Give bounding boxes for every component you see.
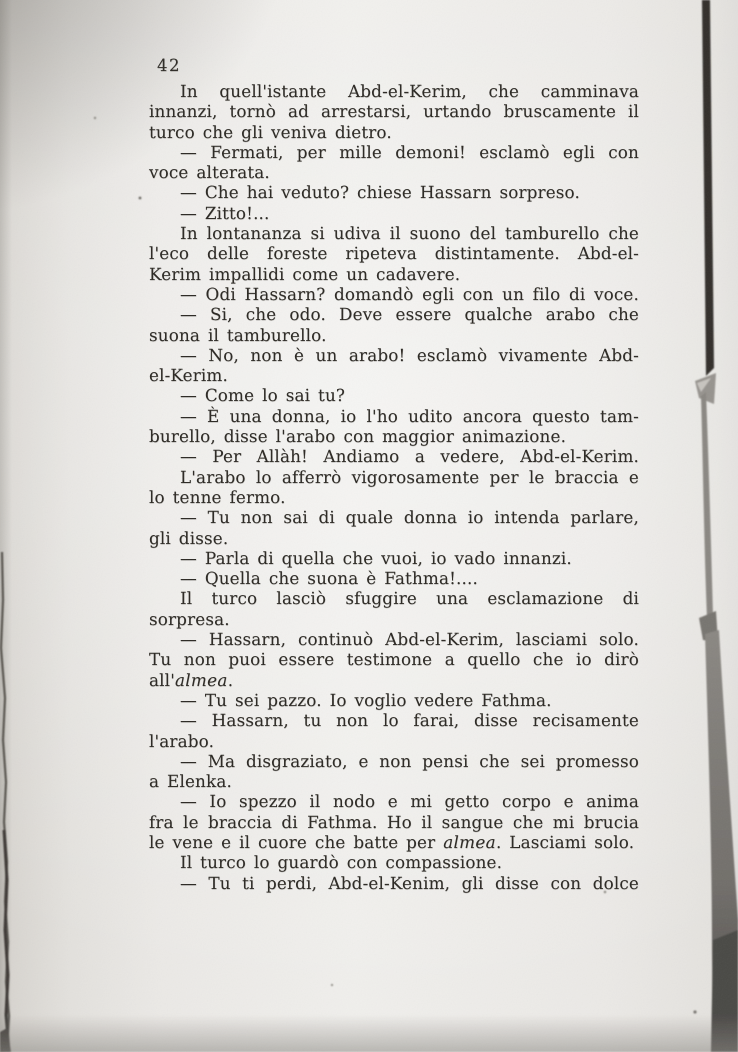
text-line: — Come lo sai tu? — [149, 385, 639, 405]
text-line: — Hassarn, continuò Abd-el-Kerim, lascia… — [149, 629, 639, 649]
text-segment: — Si, che odo. Deve essere qualche arabo… — [180, 304, 639, 324]
text-segment: all' — [149, 670, 175, 690]
page-number: 42 — [157, 56, 181, 75]
text-line: — Tu sei pazzo. Io voglio vedere Fathma. — [149, 690, 639, 710]
text-segment: L'arabo lo afferrò vigorosamente per le … — [180, 467, 639, 487]
text-segment: . Lasciami solo. — [496, 832, 634, 852]
text-line: Tu non puoi essere testimone a quello ch… — [149, 649, 639, 669]
text-line: voce alterata. — [149, 162, 639, 182]
text-segment: le vene e il cuore che batte per — [149, 832, 443, 852]
text-line: — Che hai veduto? chiese Hassarn sorpres… — [149, 182, 639, 202]
text-segment: — Ma disgraziato, e non pensi che sei pr… — [180, 751, 639, 771]
text-segment: — Hassarn, continuò Abd-el-Kerim, lascia… — [180, 629, 639, 649]
text-line: In lontananza si udiva il suono del tamb… — [149, 223, 639, 243]
scanned-book-page: { "page": { "number": "42", "lines": [ {… — [0, 0, 738, 1052]
speck — [331, 984, 333, 986]
right-edge-notch — [699, 611, 718, 642]
text-line: l'eco delle foreste ripeteva distintamen… — [149, 243, 639, 263]
text-segment: turco che gli veniva dietro. — [149, 122, 392, 142]
text-segment: — Come lo sai tu? — [180, 385, 345, 405]
text-line: — Hassarn, tu non lo farai, disse recisa… — [149, 710, 639, 730]
text-segment: In lontananza si udiva il suono del tamb… — [180, 223, 639, 243]
text-segment: fra le braccia di Fathma. Ho il sangue c… — [149, 812, 639, 832]
right-page-edge-mid — [701, 392, 713, 618]
text-segment: — Quella che suona è Fathma!.... — [180, 568, 478, 588]
text-segment: voce alterata. — [149, 162, 270, 182]
text-segment: Kerim impallidi come un cadavere. — [149, 264, 460, 284]
text-line: — Per Allàh! Andiamo a vedere, Abd-el-Ke… — [149, 446, 639, 466]
text-segment: — Io spezzo il nodo e mi getto corpo e a… — [180, 791, 639, 811]
text-segment: — È una donna, io l'ho udito ancora ques… — [180, 406, 639, 426]
text-line: lo tenne fermo. — [149, 487, 639, 507]
text-line: — Odi Hassarn? domandò egli con un filo … — [149, 284, 639, 304]
text-segment: Il turco lo guardò con compassione. — [180, 852, 502, 872]
text-segment: — Che hai veduto? chiese Hassarn sorpres… — [180, 182, 580, 202]
text-line: — Tu non sai di quale donna io intenda p… — [149, 507, 639, 527]
text-line: — Si, che odo. Deve essere qualche arabo… — [149, 304, 639, 324]
text-line: a Elenka. — [149, 771, 639, 791]
text-line: — Zitto!... — [149, 203, 639, 223]
text-segment: el-Kerim. — [149, 365, 228, 385]
right-page-edge-lower — [705, 630, 738, 1052]
right-page-edge-upper — [702, 0, 714, 376]
text-line: In quell'istante Abd-el-Kerim, che cammi… — [149, 81, 639, 101]
speck — [94, 117, 96, 119]
text-line: all'almea. — [149, 670, 639, 690]
page-fold — [695, 373, 716, 404]
page-fold-highlight — [697, 378, 711, 392]
text-line: el-Kerim. — [149, 365, 639, 385]
text-line: gli disse. — [149, 528, 639, 548]
text-line: — È una donna, io l'ho udito ancora ques… — [149, 406, 639, 426]
text-segment: — Tu sei pazzo. Io voglio vedere Fathma. — [180, 690, 552, 710]
text-line: turco che gli veniva dietro. — [149, 122, 639, 142]
speck — [693, 1010, 696, 1013]
text-line: — No, non è un arabo! esclamò vivamente … — [149, 345, 639, 365]
text-line: innanzi, tornò ad arrestarsi, urtando br… — [149, 101, 639, 121]
italic-text-segment: almea — [175, 670, 228, 690]
text-segment: lo tenne fermo. — [149, 487, 286, 507]
text-segment: — Tu non sai di quale donna io intenda p… — [180, 507, 639, 527]
italic-text-segment: almea — [443, 832, 496, 852]
text-line: — Quella che suona è Fathma!.... — [149, 568, 639, 588]
page-text: In quell'istante Abd-el-Kerim, che cammi… — [149, 81, 639, 893]
text-line: sorpresa. — [149, 609, 639, 629]
text-segment: sorpresa. — [149, 609, 230, 629]
text-line: fra le braccia di Fathma. Ho il sangue c… — [149, 812, 639, 832]
text-segment: l'arabo. — [149, 731, 214, 751]
text-line: suona il tamburello. — [149, 325, 639, 345]
bottom-left-corner — [0, 1028, 11, 1052]
torn-left-edge-dark — [4, 830, 9, 1052]
speck — [139, 197, 142, 200]
text-segment: — No, non è un arabo! esclamò vivamente … — [180, 345, 639, 365]
text-line: Il turco lasciò sfuggire una esclamazion… — [149, 588, 639, 608]
text-segment: gli disse. — [149, 528, 228, 548]
text-segment: — Odi Hassarn? domandò egli con un filo … — [180, 284, 639, 304]
text-segment: . — [228, 670, 233, 690]
text-line: — Parla di quella che vuoi, io vado inna… — [149, 548, 639, 568]
text-segment: — Fermati, per mille demoni! esclamò egl… — [180, 142, 639, 162]
text-segment: In quell'istante Abd-el-Kerim, che cammi… — [180, 81, 639, 101]
text-line: Il turco lo guardò con compassione. — [149, 852, 639, 872]
text-segment: — Parla di quella che vuoi, io vado inna… — [180, 548, 572, 568]
text-line: — Io spezzo il nodo e mi getto corpo e a… — [149, 791, 639, 811]
text-line: L'arabo lo afferrò vigorosamente per le … — [149, 467, 639, 487]
text-segment: burello, disse l'arabo con maggior anima… — [149, 426, 566, 446]
bottom-right-corner — [711, 930, 738, 1052]
text-segment: — Tu ti perdi, Abd-el-Kenim, gli disse c… — [180, 873, 639, 893]
text-line: — Tu ti perdi, Abd-el-Kenim, gli disse c… — [149, 873, 639, 893]
text-line: burello, disse l'arabo con maggior anima… — [149, 426, 639, 446]
text-segment: suona il tamburello. — [149, 325, 327, 345]
text-line: — Fermati, per mille demoni! esclamò egl… — [149, 142, 639, 162]
text-segment: a Elenka. — [149, 771, 232, 791]
text-segment: — Zitto!... — [180, 203, 270, 223]
text-line: Kerim impallidi come un cadavere. — [149, 264, 639, 284]
text-line: — Ma disgraziato, e non pensi che sei pr… — [149, 751, 639, 771]
text-segment: — Per Allàh! Andiamo a vedere, Abd-el-Ke… — [180, 446, 639, 466]
torn-left-edge — [1, 552, 9, 1052]
text-segment: Tu non puoi essere testimone a quello ch… — [149, 649, 639, 669]
text-line: le vene e il cuore che batte per almea. … — [149, 832, 639, 852]
text-segment: innanzi, tornò ad arrestarsi, urtando br… — [149, 101, 639, 121]
bottom-shadow — [0, 1014, 738, 1052]
text-segment: — Hassarn, tu non lo farai, disse recisa… — [180, 710, 639, 730]
text-segment: l'eco delle foreste ripeteva distintamen… — [149, 243, 639, 263]
text-line: l'arabo. — [149, 731, 639, 751]
text-segment: Il turco lasciò sfuggire una esclamazion… — [180, 588, 639, 608]
